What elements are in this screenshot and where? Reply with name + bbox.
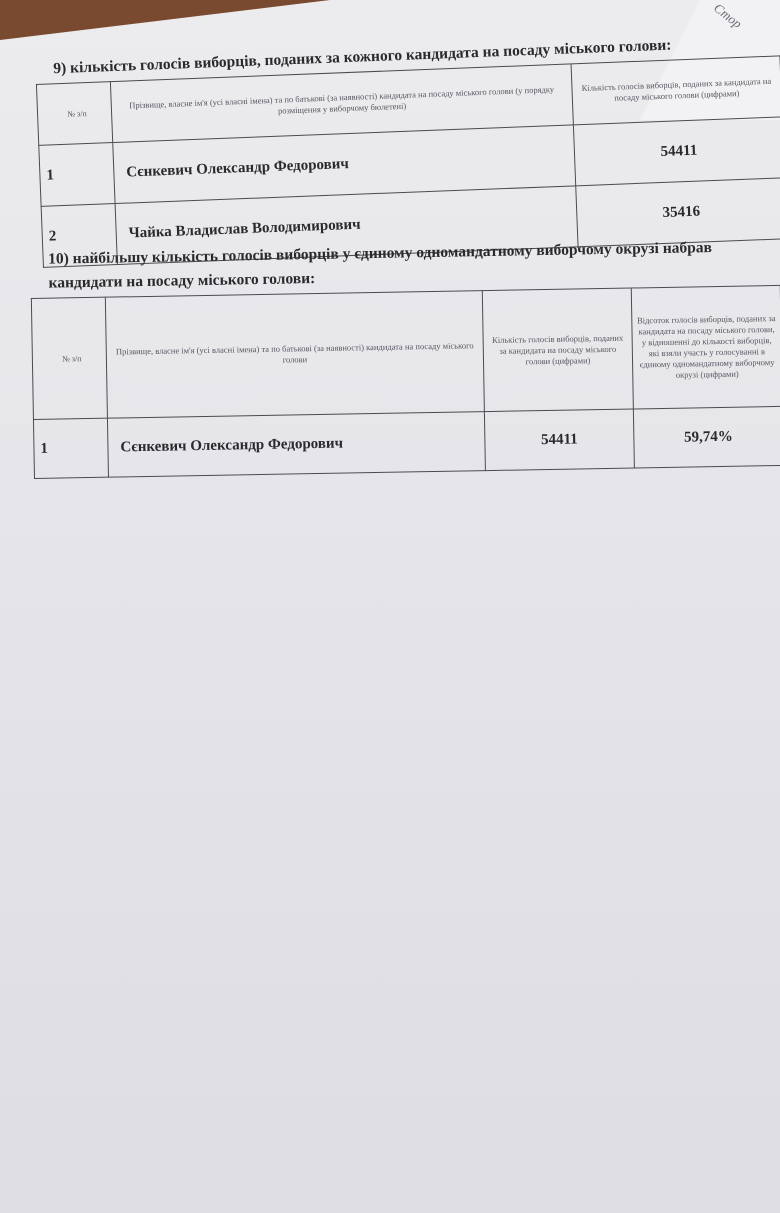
candidate-votes: 54411: [484, 409, 634, 471]
candidate-name: Сєнкевич Олександр Федорович: [107, 412, 485, 478]
candidate-percent: 59,74%: [633, 406, 780, 468]
table-header-row: № з/п Прізвище, власне ім'я (усі власні …: [31, 285, 780, 419]
table-row: 1 Сєнкевич Олександр Федорович 54411 59,…: [33, 406, 780, 478]
row-number: 1: [39, 143, 115, 207]
section-10: 10) найбільшу кількість голосів виборців…: [30, 237, 780, 479]
col-number-header: № з/п: [31, 297, 107, 419]
row-number: 1: [33, 418, 108, 478]
col-votes-header: Кількість голосів виборців, поданих за к…: [482, 288, 633, 412]
section-9: 9) кількість голосів виборців, поданих з…: [35, 31, 780, 267]
candidate-votes: 54411: [573, 117, 780, 186]
votes-per-candidate-table: № з/п Прізвище, власне ім'я (усі власні …: [36, 55, 780, 267]
winner-table: № з/п Прізвище, власне ім'я (усі власні …: [31, 285, 780, 479]
col-votes-header: Кількість голосів виборців, поданих за к…: [571, 56, 780, 125]
col-name-header: Прізвище, власне ім'я (усі власні імена)…: [105, 291, 484, 419]
col-percent-header: Відсоток голосів виборців, поданих за ка…: [631, 285, 780, 409]
col-number-header: № з/п: [36, 82, 112, 146]
